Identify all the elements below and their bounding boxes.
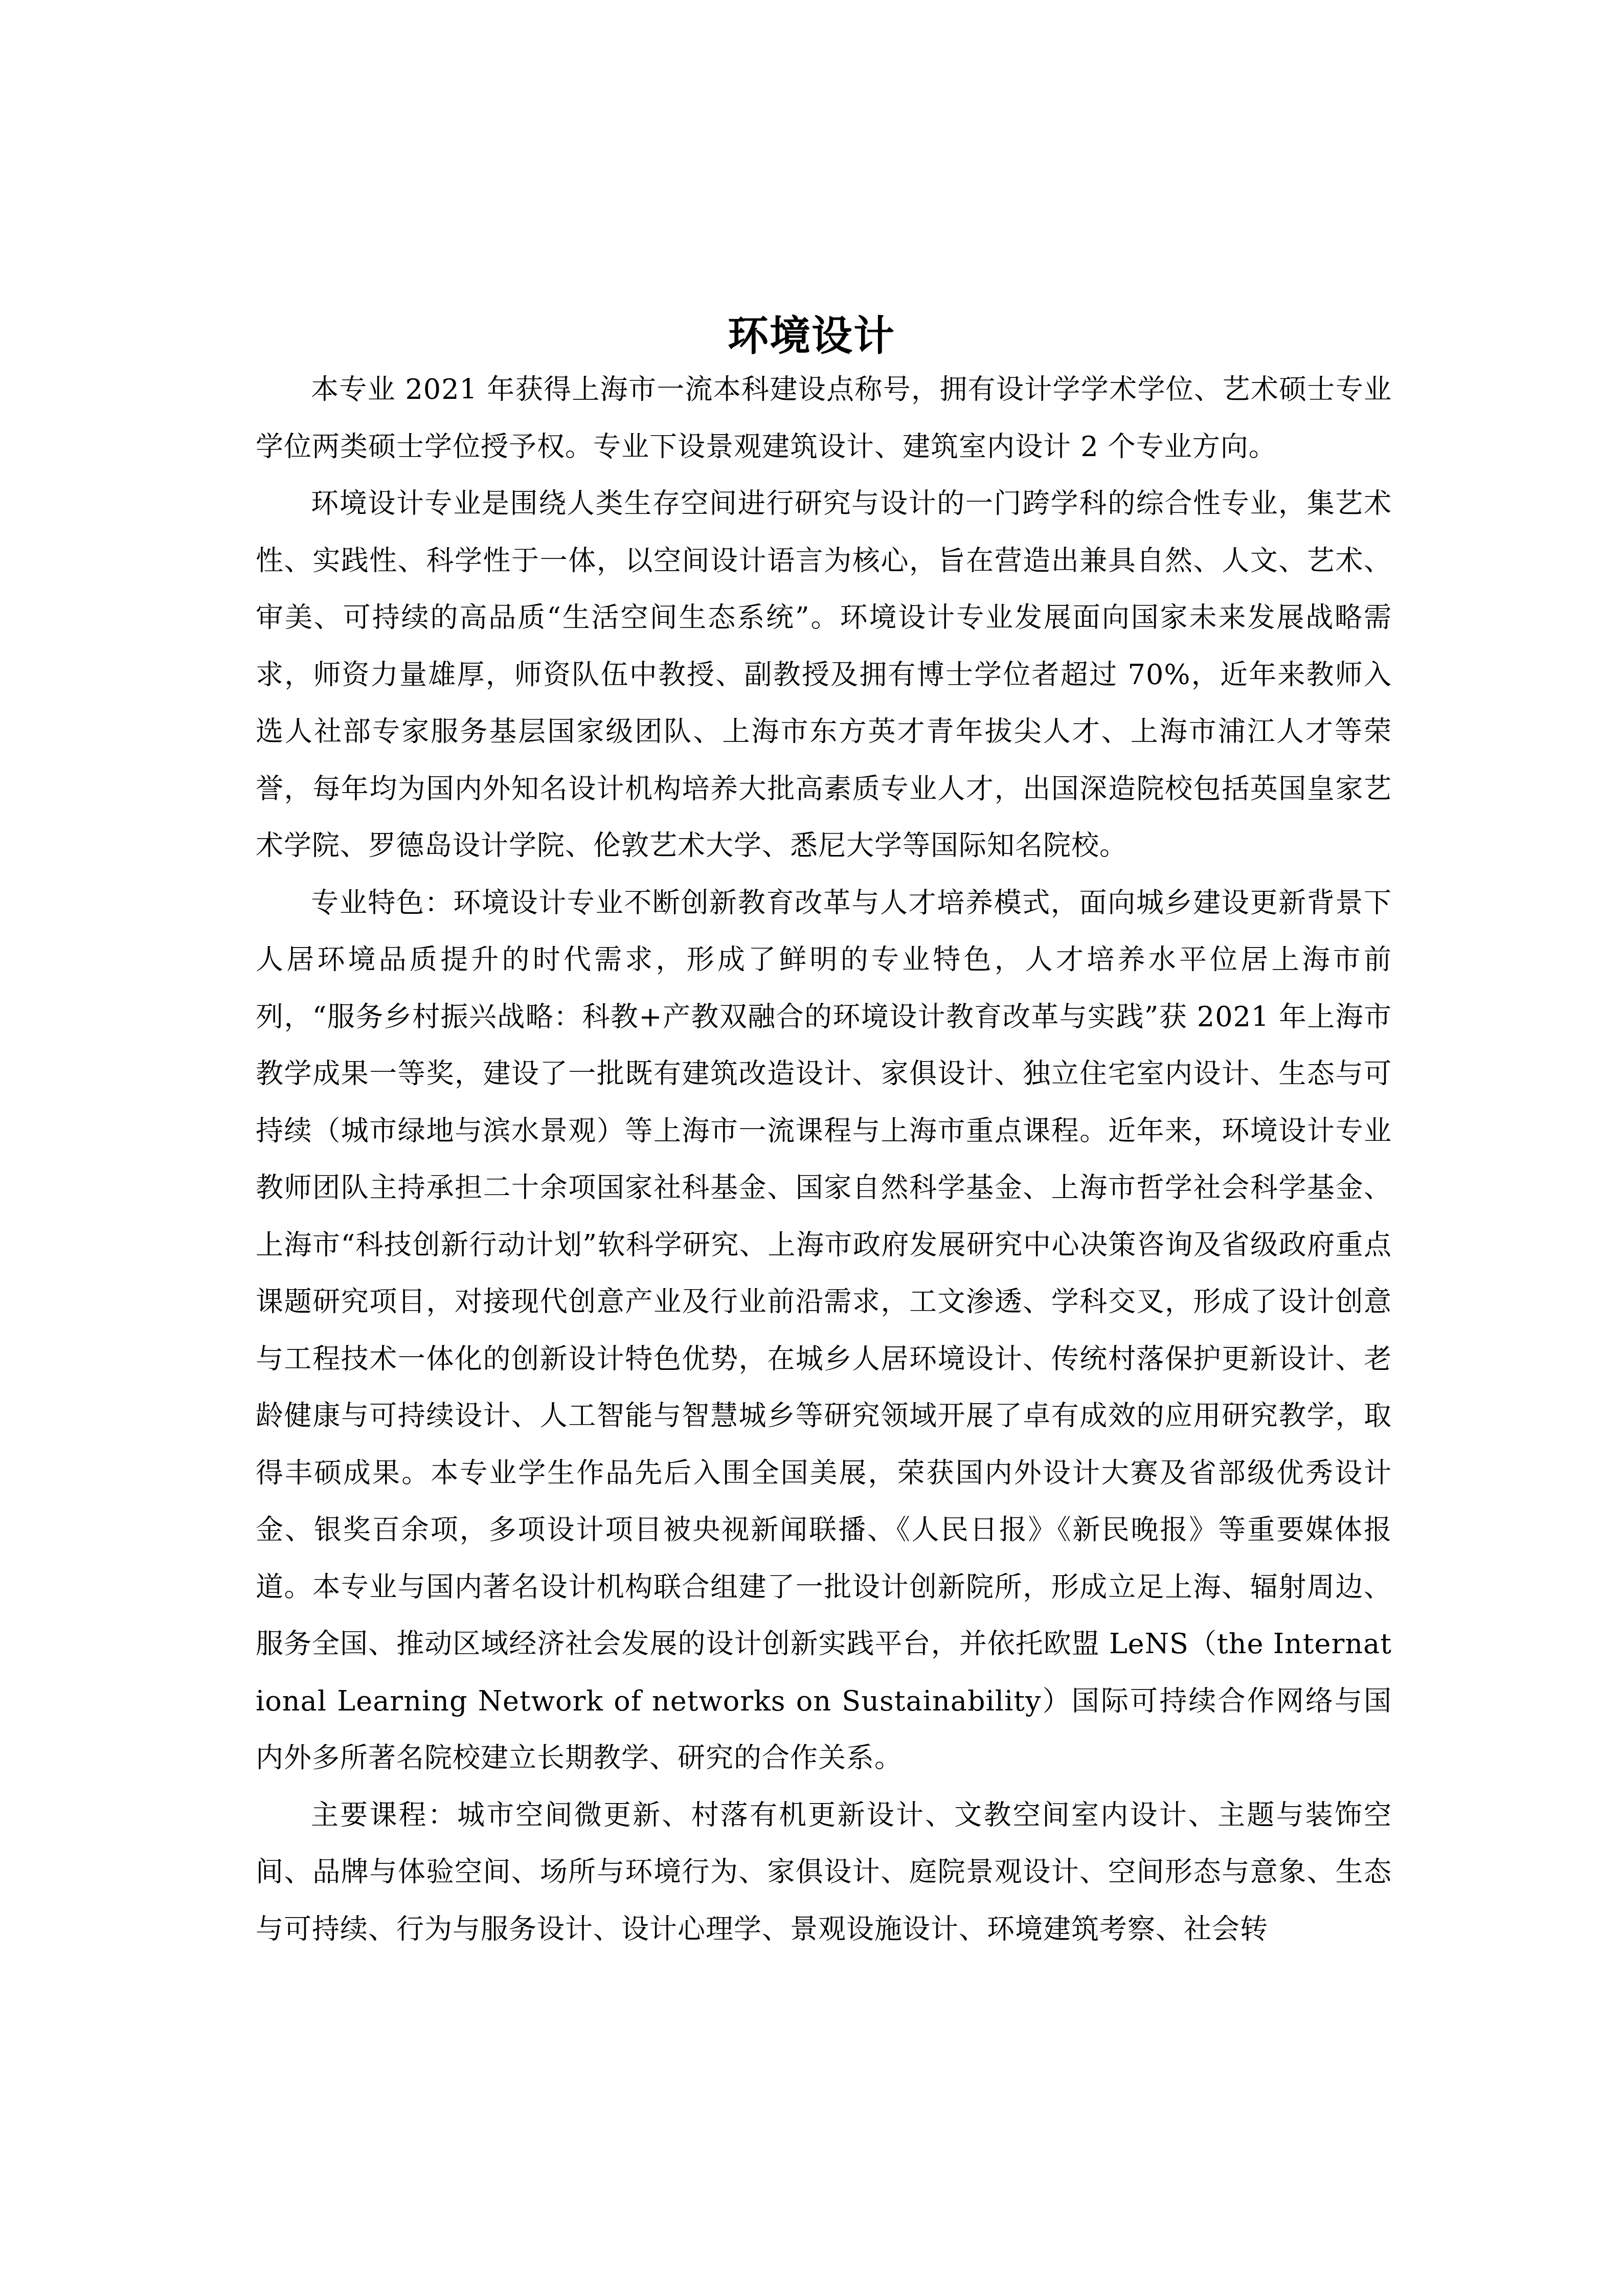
paragraph-overview: 环境设计专业是围绕人类生存空间进行研究与设计的一门跨学科的综合性专业，集艺术性、… — [256, 475, 1392, 874]
paragraph-features: 专业特色：环境设计专业不断创新教育改革与人才培养模式，面向城乡建设更新背景下人居… — [256, 874, 1392, 1787]
document-body: 本专业 2021 年获得上海市一流本科建设点称号，拥有设计学学术学位、艺术硕士专… — [256, 361, 1392, 1957]
page-title: 环境设计 — [0, 308, 1623, 364]
document-page: 环境设计 本专业 2021 年获得上海市一流本科建设点称号，拥有设计学学术学位、… — [0, 0, 1623, 2296]
paragraph-intro: 本专业 2021 年获得上海市一流本科建设点称号，拥有设计学学术学位、艺术硕士专… — [256, 361, 1392, 475]
paragraph-courses: 主要课程：城市空间微更新、村落有机更新设计、文教空间室内设计、主题与装饰空间、品… — [256, 1787, 1392, 1958]
